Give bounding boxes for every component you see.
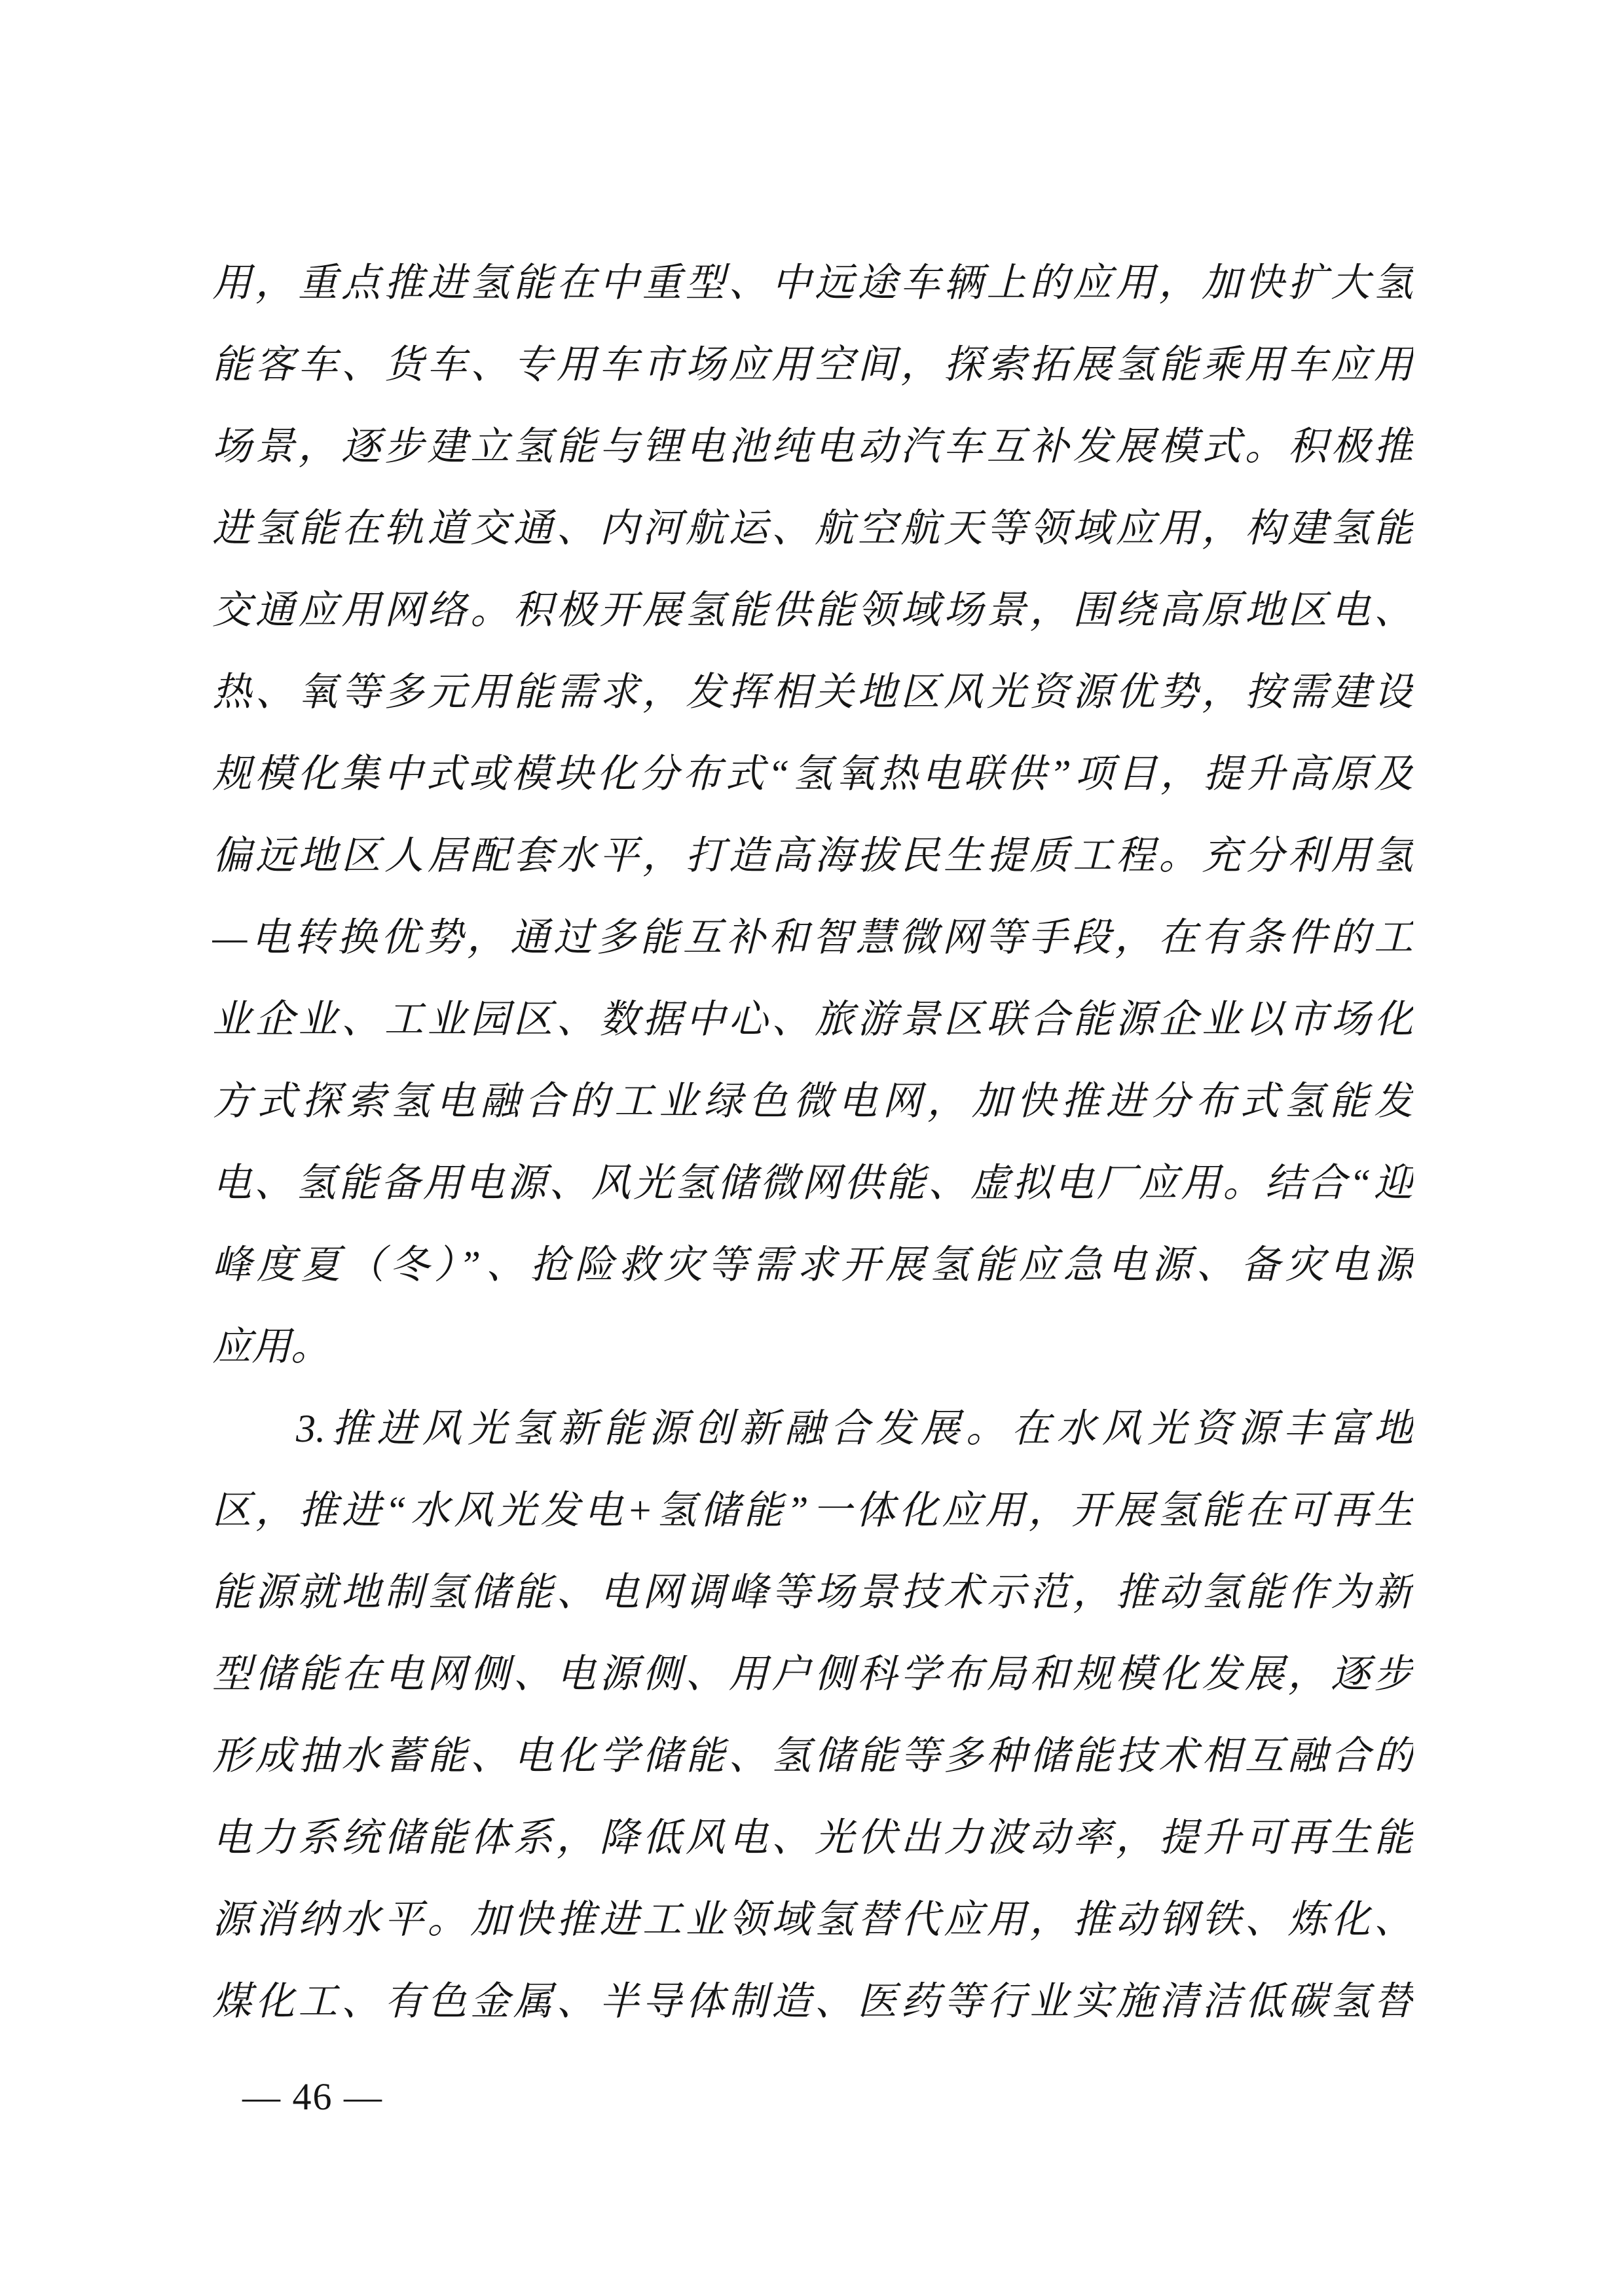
text-line-paragraph-end: 应用。 (212, 1306, 1413, 1388)
text-line: 峰度夏（冬）”、抢险救灾等需求开展氢能应急电源、备灾电源 (212, 1224, 1413, 1306)
text-line: 能客车、货车、专用车市场应用空间，探索拓展氢能乘用车应用 (212, 324, 1413, 406)
document-body: 用，重点推进氢能在中重型、中远途车辆上的应用，加快扩大氢 能客车、货车、专用车市… (212, 242, 1413, 2043)
text-line: 偏远地区人居配套水平，打造高海拔民生提质工程。充分利用氢 (212, 815, 1413, 897)
text-line: 业企业、工业园区、数据中心、旅游景区联合能源企业以市场化 (212, 979, 1413, 1061)
text-line: 方式探索氢电融合的工业绿色微电网，加快推进分布式氢能发 (212, 1061, 1413, 1142)
text-line: 用，重点推进氢能在中重型、中远途车辆上的应用，加快扩大氢 (212, 242, 1413, 324)
text-line: —电转换优势，通过多能互补和智慧微网等手段，在有条件的工 (212, 897, 1413, 979)
text-line: 煤化工、有色金属、半导体制造、医药等行业实施清洁低碳氢替 (212, 1961, 1413, 2043)
text-line: 热、氧等多元用能需求，发挥相关地区风光资源优势，按需建设 (212, 651, 1413, 733)
text-line: 能源就地制氢储能、电网调峰等场景技术示范，推动氢能作为新 (212, 1552, 1413, 1633)
text-line: 电、氢能备用电源、风光氢储微网供能、虚拟电厂应用。结合“迎 (212, 1142, 1413, 1224)
text-line: 场景，逐步建立氢能与锂电池纯电动汽车互补发展模式。积极推 (212, 406, 1413, 488)
text-line: 形成抽水蓄能、电化学储能、氢储能等多种储能技术相互融合的 (212, 1715, 1413, 1797)
page-number: — 46 — (242, 2077, 383, 2117)
text-line: 电力系统储能体系，降低风电、光伏出力波动率，提升可再生能 (212, 1797, 1413, 1879)
text-line: 交通应用网络。积极开展氢能供能领域场景，围绕高原地区电、 (212, 570, 1413, 651)
document-page: 用，重点推进氢能在中重型、中远途车辆上的应用，加快扩大氢 能客车、货车、专用车市… (0, 0, 1624, 2296)
text-line: 源消纳水平。加快推进工业领域氢替代应用，推动钢铁、炼化、 (212, 1879, 1413, 1961)
text-line: 型储能在电网侧、电源侧、用户侧科学布局和规模化发展，逐步 (212, 1633, 1413, 1715)
text-line: 规模化集中式或模块化分布式“氢氧热电联供”项目，提升高原及 (212, 733, 1413, 815)
text-line-paragraph-start: 3.推进风光氢新能源创新融合发展。在水风光资源丰富地 (212, 1388, 1413, 1470)
text-line: 进氢能在轨道交通、内河航运、航空航天等领域应用，构建氢能 (212, 488, 1413, 570)
text-line: 区，推进“水风光发电+氢储能”一体化应用，开展氢能在可再生 (212, 1470, 1413, 1552)
